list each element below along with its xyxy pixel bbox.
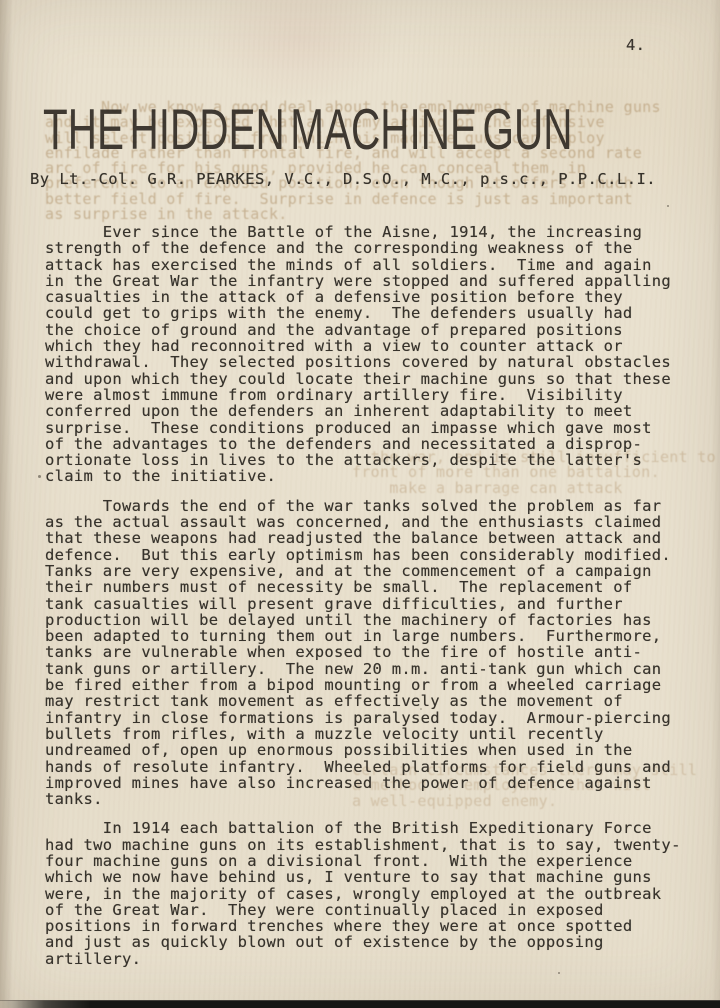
ink-speck [162, 236, 164, 238]
page-right-edge-shadow [711, 0, 720, 1008]
ink-speck [667, 205, 669, 207]
paragraph-3: In 1914 each battalion of the British Ex… [45, 820, 692, 967]
page-number: 4. [626, 36, 645, 54]
ink-speck [558, 972, 560, 974]
document-body: Ever since the Battle of the Aisne, 1914… [45, 224, 692, 980]
scan-bottom-edge [0, 1000, 720, 1008]
document-title: THE HIDDEN MACHINE GUN [43, 102, 573, 159]
ink-speck [420, 708, 422, 710]
scanned-document-page: Now we know a good deal about the employ… [0, 0, 720, 1008]
page-left-edge-shadow [0, 0, 13, 1008]
paragraph-1: Ever since the Battle of the Aisne, 1914… [45, 224, 692, 485]
author-byline: By Lt.-Col. G.R. PEARKES, V.C., D.S.O., … [30, 170, 656, 188]
paragraph-2: Towards the end of the war tanks solved … [45, 498, 692, 808]
ink-speck [38, 475, 41, 478]
